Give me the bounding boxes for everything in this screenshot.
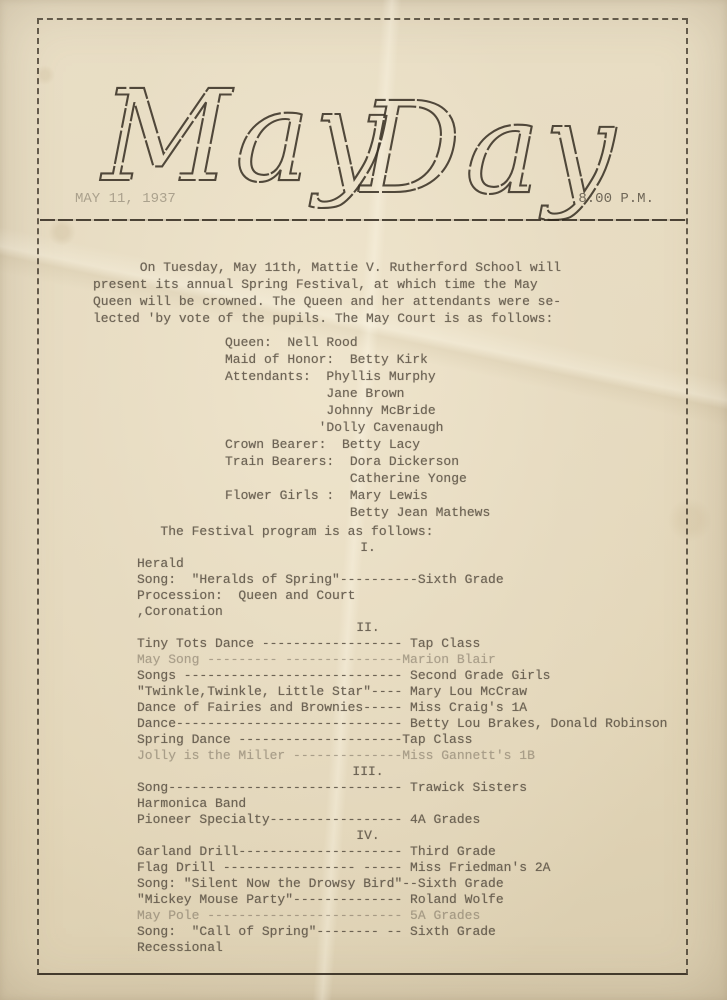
text-line: May Song --------- ---------------Marion… bbox=[137, 652, 599, 668]
intro-paragraph: On Tuesday, May 11th, Mattie V. Rutherfo… bbox=[93, 259, 561, 327]
text-line: May Pole ------------------------- 5A Gr… bbox=[137, 908, 599, 924]
text-line: Pioneer Specialty----------------- 4A Gr… bbox=[137, 812, 599, 828]
text-line: Johnny McBride bbox=[225, 402, 490, 419]
text-line: 'Dolly Cavenaugh bbox=[225, 419, 490, 436]
text-line: Jane Brown bbox=[225, 385, 490, 402]
text-line: On Tuesday, May 11th, Mattie V. Rutherfo… bbox=[93, 259, 561, 276]
document-page: May Day MAY 11, 1937 8:00 P.M. On Tuesda… bbox=[0, 0, 727, 1000]
text-line: III. bbox=[137, 764, 599, 780]
text-line: Recessional bbox=[137, 940, 599, 956]
text-line: "Twinkle,Twinkle, Little Star"---- Mary … bbox=[137, 684, 599, 700]
text-line: IV. bbox=[137, 828, 599, 844]
separator-line bbox=[40, 219, 688, 221]
text-line: Queen will be crowned. The Queen and her… bbox=[93, 293, 561, 310]
dateline: MAY 11, 1937 8:00 P.M. bbox=[75, 191, 654, 207]
text-line: Train Bearers: Dora Dickerson bbox=[225, 453, 490, 470]
text-line: Garland Drill--------------------- Third… bbox=[137, 844, 599, 860]
text-line: Songs ---------------------------- Secon… bbox=[137, 668, 599, 684]
text-line: Queen: Nell Rood bbox=[225, 334, 490, 351]
text-line: Procession: Queen and Court bbox=[137, 588, 599, 604]
text-line: Song: "Silent Now the Drowsy Bird"--Sixt… bbox=[137, 876, 599, 892]
text-line: Crown Bearer: Betty Lacy bbox=[225, 436, 490, 453]
text-line: lected 'by vote of the pupils. The May C… bbox=[93, 310, 561, 327]
text-line: Flower Girls : Mary Lewis bbox=[225, 487, 490, 504]
text-line: Dance of Fairies and Brownies----- Miss … bbox=[137, 700, 599, 716]
text-line: Attendants: Phyllis Murphy bbox=[225, 368, 490, 385]
text-line: "Mickey Mouse Party"-------------- Rolan… bbox=[137, 892, 599, 908]
title-word-may: May bbox=[100, 63, 389, 210]
text-line: Flag Drill ----------------- ----- Miss … bbox=[137, 860, 599, 876]
text-line: Song: "Call of Spring"-------- -- Sixth … bbox=[137, 924, 599, 940]
text-line: present its annual Spring Festival, at w… bbox=[93, 276, 561, 293]
text-line: Jolly is the Miller --------------Miss G… bbox=[137, 748, 599, 764]
festival-program-list: The Festival program is as follows:I.Her… bbox=[137, 524, 599, 956]
text-line: Harmonica Band bbox=[137, 796, 599, 812]
text-line: Tiny Tots Dance ------------------ Tap C… bbox=[137, 636, 599, 652]
text-line: Song------------------------------ Trawi… bbox=[137, 780, 599, 796]
text-line: II. bbox=[137, 620, 599, 636]
text-line: Song: "Heralds of Spring"----------Sixth… bbox=[137, 572, 599, 588]
time-text: 8:00 P.M. bbox=[578, 191, 654, 207]
text-line: Herald bbox=[137, 556, 599, 572]
text-line: ,Coronation bbox=[137, 604, 599, 620]
may-court-list: Queen: Nell RoodMaid of Honor: Betty Kir… bbox=[225, 334, 490, 521]
text-line: Spring Dance ---------------------Tap Cl… bbox=[137, 732, 599, 748]
text-line: Maid of Honor: Betty Kirk bbox=[225, 351, 490, 368]
text-line: I. bbox=[137, 540, 599, 556]
text-line: The Festival program is as follows: bbox=[137, 524, 599, 540]
text-line: Dance----------------------------- Betty… bbox=[137, 716, 599, 732]
date-text: MAY 11, 1937 bbox=[75, 191, 176, 207]
text-line: Betty Jean Mathews bbox=[225, 504, 490, 521]
text-line: Catherine Yonge bbox=[225, 470, 490, 487]
title-art: May Day bbox=[88, 28, 668, 266]
